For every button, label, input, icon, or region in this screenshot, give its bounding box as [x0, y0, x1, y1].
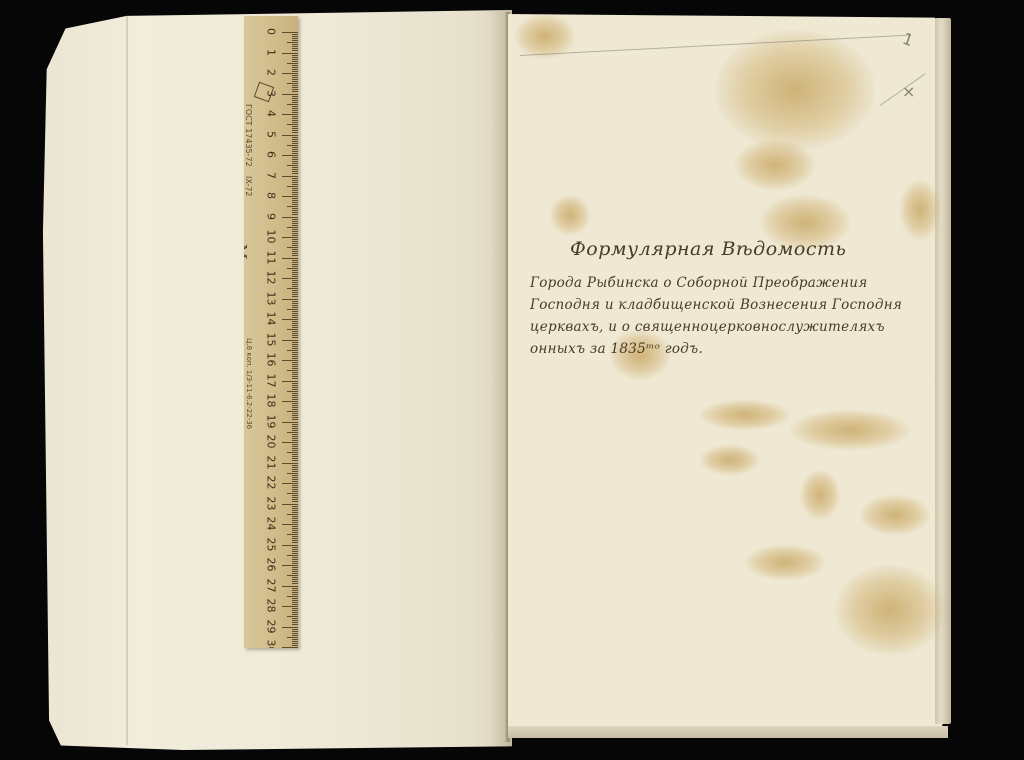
- ruler-tick: [292, 235, 298, 236]
- ruler-tick: [292, 126, 298, 127]
- ruler-tick: [282, 73, 298, 74]
- ruler-tick: [282, 237, 298, 238]
- ruler-tick: [292, 567, 298, 568]
- ruler-brand: Можга: [244, 244, 250, 304]
- ruler-number: 5: [265, 125, 278, 143]
- ruler-tick: [292, 598, 298, 599]
- ruler-tick: [292, 538, 298, 539]
- ruler-number: 11: [265, 248, 278, 266]
- ruler-tick: [282, 135, 298, 136]
- measuring-ruler: ГОСТ 17435-72 IX-72 Можга Ц.8 коп. 1/3-1…: [244, 16, 298, 648]
- ruler-number: 12: [265, 269, 278, 287]
- ruler-tick: [292, 641, 298, 642]
- ruler-tick: [292, 333, 298, 334]
- ruler-tick: [292, 512, 298, 513]
- ruler-tick: [292, 547, 298, 548]
- ruler-tick: [287, 247, 298, 248]
- ruler-tick: [292, 139, 298, 140]
- ruler-tick: [292, 331, 298, 332]
- ruler-ticks: [280, 16, 298, 648]
- ruler-tick: [292, 321, 298, 322]
- ruler-number: 2: [265, 64, 278, 82]
- ruler-number: 27: [265, 576, 278, 594]
- ruler-tick: [292, 602, 298, 603]
- ruler-tick: [292, 456, 298, 457]
- ruler-tick: [292, 65, 298, 66]
- text-line: Города Рыбинска о Соборной Преображения: [530, 272, 940, 294]
- ruler-tick: [292, 366, 298, 367]
- stain: [790, 410, 910, 450]
- ruler-tick: [292, 147, 298, 148]
- ruler-number: 21: [265, 453, 278, 471]
- ruler-tick: [282, 258, 298, 259]
- ruler-tick: [282, 32, 298, 33]
- text-line: онныхъ за 1835ᵐᵒ годъ.: [530, 338, 940, 360]
- ruler-tick: [292, 378, 298, 379]
- ruler-tick: [292, 249, 298, 250]
- stain: [860, 495, 930, 535]
- ruler-tick: [292, 481, 298, 482]
- ruler-tick: [292, 214, 298, 215]
- ruler-tick: [292, 188, 298, 189]
- manuscript-text: Формулярная Вѣдомость Города Рыбинска о …: [530, 238, 940, 360]
- ruler-tick: [287, 493, 298, 494]
- ruler-tick: [292, 497, 298, 498]
- ruler-tick: [292, 569, 298, 570]
- ruler-tick: [292, 167, 298, 168]
- ruler-tick: [292, 508, 298, 509]
- ruler-tick: [287, 165, 298, 166]
- ruler-number: 25: [265, 535, 278, 553]
- ruler-tick: [292, 368, 298, 369]
- ruler-tick: [287, 206, 298, 207]
- right-page-bottom-edge: [508, 726, 948, 738]
- ruler-tick: [292, 518, 298, 519]
- ruler-tick: [292, 583, 298, 584]
- ruler-tick: [292, 231, 298, 232]
- page-fold-line: [126, 15, 128, 745]
- ruler-tick: [292, 551, 298, 552]
- ruler-tick: [292, 171, 298, 172]
- ruler-tick: [292, 604, 298, 605]
- ruler-number: 20: [265, 433, 278, 451]
- ruler-number: 15: [265, 330, 278, 348]
- ruler-tick: [292, 419, 298, 420]
- ruler-tick: [292, 77, 298, 78]
- ruler-tick: [292, 479, 298, 480]
- ruler-tick: [292, 301, 298, 302]
- ruler-tick: [292, 526, 298, 527]
- ruler-tick: [292, 202, 298, 203]
- ruler-tick: [282, 647, 298, 648]
- ruler-tick: [292, 475, 298, 476]
- stain: [715, 30, 875, 150]
- ruler-tick: [282, 278, 298, 279]
- ruler-tick: [292, 549, 298, 550]
- ruler-tick: [292, 436, 298, 437]
- ruler-tick: [292, 559, 298, 560]
- ruler-tick: [292, 454, 298, 455]
- ruler-tick: [292, 635, 298, 636]
- ruler-tick: [292, 305, 298, 306]
- ruler-tick: [282, 483, 298, 484]
- ruler-tick: [292, 344, 298, 345]
- ruler-tick: [292, 352, 298, 353]
- ruler-tick: [292, 409, 298, 410]
- ruler-tick: [292, 624, 298, 625]
- ruler-tick: [292, 311, 298, 312]
- ruler-tick: [292, 424, 298, 425]
- ruler-tick: [282, 53, 298, 54]
- ruler-tick: [292, 376, 298, 377]
- ruler-number: 17: [265, 371, 278, 389]
- ruler-tick: [292, 467, 298, 468]
- ruler-tick: [292, 79, 298, 80]
- ruler-tick: [292, 571, 298, 572]
- ruler-tick: [292, 286, 298, 287]
- ruler-tick: [287, 63, 298, 64]
- ruler-tick: [292, 264, 298, 265]
- ruler-tick: [292, 540, 298, 541]
- ruler-tick: [292, 225, 298, 226]
- ruler-tick: [292, 356, 298, 357]
- ruler-number: 9: [265, 207, 278, 225]
- stain: [700, 445, 760, 475]
- ruler-tick: [292, 182, 298, 183]
- ruler-tick: [292, 487, 298, 488]
- ruler-tick: [292, 510, 298, 511]
- ruler-number: 7: [265, 166, 278, 184]
- ruler-tick: [292, 245, 298, 246]
- ruler-tick: [287, 432, 298, 433]
- ruler-tick: [292, 102, 298, 103]
- ruler-tick: [292, 594, 298, 595]
- ruler-tick: [292, 403, 298, 404]
- ruler-tick: [292, 495, 298, 496]
- ruler-tick: [287, 124, 298, 125]
- ruler-tick: [292, 272, 298, 273]
- ruler-tick: [292, 387, 298, 388]
- ruler-tick: [287, 575, 298, 576]
- stain: [800, 470, 840, 520]
- ruler-tick: [292, 270, 298, 271]
- ruler-tick: [287, 596, 298, 597]
- ruler-number: 8: [265, 187, 278, 205]
- ruler-tick: [292, 588, 298, 589]
- ruler-tick: [292, 198, 298, 199]
- ruler-number: 29: [265, 617, 278, 635]
- ruler-tick: [292, 296, 298, 297]
- stain: [550, 195, 590, 235]
- ruler-tick: [292, 346, 298, 347]
- ruler-number: 10: [265, 228, 278, 246]
- ruler-tick: [292, 280, 298, 281]
- ruler-tick: [282, 360, 298, 361]
- ruler-tick: [292, 561, 298, 562]
- ruler-tick: [292, 91, 298, 92]
- ruler-tick: [292, 639, 298, 640]
- ruler-tick: [292, 405, 298, 406]
- ruler-tick: [292, 354, 298, 355]
- ruler-tick: [282, 340, 298, 341]
- ruler-tick: [282, 299, 298, 300]
- ruler-tick: [292, 81, 298, 82]
- ruler-tick: [282, 627, 298, 628]
- ruler-tick: [292, 151, 298, 152]
- ruler-tick: [287, 329, 298, 330]
- ruler-tick: [292, 276, 298, 277]
- ruler-tick: [292, 241, 298, 242]
- ruler-tick: [287, 534, 298, 535]
- ruler-tick: [292, 50, 298, 51]
- ruler-tick: [292, 532, 298, 533]
- text-line: Господня и кладбищенской Вознесения Госп…: [530, 294, 940, 316]
- ruler-tick: [292, 522, 298, 523]
- ruler-tick: [292, 149, 298, 150]
- ruler-tick: [292, 622, 298, 623]
- ruler-tick: [292, 303, 298, 304]
- ruler-tick: [282, 545, 298, 546]
- ruler-tick: [292, 471, 298, 472]
- ruler-tick: [287, 145, 298, 146]
- ruler-tick: [292, 577, 298, 578]
- ruler-tick: [287, 391, 298, 392]
- ruler-tick: [292, 141, 298, 142]
- ruler-tick: [282, 422, 298, 423]
- ruler-tick: [292, 163, 298, 164]
- ruler-tick: [292, 169, 298, 170]
- ruler-tick: [292, 48, 298, 49]
- ruler-tick: [292, 499, 298, 500]
- ruler-tick: [292, 85, 298, 86]
- ruler-tick: [287, 288, 298, 289]
- ruler-tick: [292, 67, 298, 68]
- ruler-tick: [292, 364, 298, 365]
- ruler-tick: [292, 253, 298, 254]
- ruler-tick: [292, 362, 298, 363]
- ruler-tick: [292, 223, 298, 224]
- ruler-tick: [287, 637, 298, 638]
- ruler-tick: [287, 452, 298, 453]
- ruler-tick: [292, 69, 298, 70]
- document-title: Формулярная Вѣдомость: [570, 238, 940, 260]
- ruler-tick: [282, 463, 298, 464]
- ruler-tick: [292, 315, 298, 316]
- ruler-tick: [292, 372, 298, 373]
- ruler-tick: [292, 294, 298, 295]
- ruler-tick: [292, 266, 298, 267]
- ruler-tick: [292, 178, 298, 179]
- ruler-tick: [282, 524, 298, 525]
- ruler-tick: [292, 629, 298, 630]
- ruler-tick: [292, 426, 298, 427]
- ruler-tick: [292, 389, 298, 390]
- ruler-tick: [292, 337, 298, 338]
- ruler-tick: [292, 173, 298, 174]
- ruler-tick: [292, 477, 298, 478]
- ruler-tick: [292, 393, 298, 394]
- ruler-tick: [292, 317, 298, 318]
- ruler-tick: [292, 438, 298, 439]
- ruler-tick: [292, 579, 298, 580]
- ruler-tick: [282, 319, 298, 320]
- ruler-tick: [292, 440, 298, 441]
- ruler-tick: [282, 114, 298, 115]
- ruler-tick: [292, 255, 298, 256]
- ruler-tick: [282, 217, 298, 218]
- ruler-tick: [292, 501, 298, 502]
- ruler-tick: [292, 506, 298, 507]
- ruler-tick: [292, 116, 298, 117]
- ruler-tick: [292, 128, 298, 129]
- ruler-tick: [292, 110, 298, 111]
- ruler-tick: [292, 407, 298, 408]
- ruler-tick: [292, 282, 298, 283]
- ruler-tick: [292, 307, 298, 308]
- ruler-tick: [287, 83, 298, 84]
- ruler-tick: [292, 46, 298, 47]
- ruler-number: 3: [265, 84, 278, 102]
- ruler-tick: [292, 36, 298, 37]
- ruler-tick: [292, 313, 298, 314]
- ruler-tick: [292, 610, 298, 611]
- ruler-tick: [282, 196, 298, 197]
- ruler-tick: [292, 612, 298, 613]
- ruler-tick: [292, 143, 298, 144]
- ruler-tick: [292, 251, 298, 252]
- ruler-tick: [292, 444, 298, 445]
- ruler-tick: [282, 586, 298, 587]
- ruler-tick: [292, 239, 298, 240]
- ruler-number: 6: [265, 146, 278, 164]
- ruler-tick: [287, 350, 298, 351]
- ruler-tick: [292, 395, 298, 396]
- ruler-tick: [292, 592, 298, 593]
- ruler-tick: [292, 485, 298, 486]
- stain: [735, 140, 815, 190]
- ruler-tick: [292, 553, 298, 554]
- ruler-tick: [287, 555, 298, 556]
- ruler-number: 4: [265, 105, 278, 123]
- ruler-tick: [292, 55, 298, 56]
- ruler-tick: [292, 204, 298, 205]
- ruler-tick: [292, 212, 298, 213]
- ruler-tick: [292, 118, 298, 119]
- ruler-tick: [292, 530, 298, 531]
- ruler-tick: [292, 192, 298, 193]
- ruler-tick: [292, 581, 298, 582]
- ruler-tick: [292, 100, 298, 101]
- ruler-tick: [292, 108, 298, 109]
- ruler-tick: [287, 411, 298, 412]
- ruler-tick: [292, 618, 298, 619]
- ruler-standard: ГОСТ 17435-72: [244, 104, 253, 167]
- ruler-tick: [292, 262, 298, 263]
- ruler-tick: [292, 383, 298, 384]
- ruler-tick: [287, 309, 298, 310]
- ruler-tick: [292, 87, 298, 88]
- ruler-tick: [292, 137, 298, 138]
- ruler-tick: [292, 260, 298, 261]
- ruler-tick: [292, 633, 298, 634]
- ruler-tick: [287, 186, 298, 187]
- stain: [900, 180, 940, 240]
- ruler-tick: [292, 608, 298, 609]
- ruler-tick: [292, 446, 298, 447]
- ruler-tick: [292, 194, 298, 195]
- ruler-tick: [292, 563, 298, 564]
- ruler-tick: [287, 268, 298, 269]
- ruler-tick: [292, 96, 298, 97]
- text-line: церквахъ, и о священноцерковнослужителях…: [530, 316, 940, 338]
- ruler-tick: [292, 469, 298, 470]
- ruler-tick: [292, 458, 298, 459]
- ruler-tick: [292, 38, 298, 39]
- ruler-tick: [292, 122, 298, 123]
- ruler-tick: [292, 385, 298, 386]
- ruler-number: 16: [265, 351, 278, 369]
- ruler-tick: [282, 401, 298, 402]
- ruler-tick: [292, 274, 298, 275]
- ruler-tick: [287, 227, 298, 228]
- ruler-tick: [282, 565, 298, 566]
- ruler-tick: [292, 415, 298, 416]
- ruler-tick: [292, 520, 298, 521]
- ruler-tick: [292, 190, 298, 191]
- ruler-tick: [292, 71, 298, 72]
- ruler-tick: [292, 516, 298, 517]
- ruler-number: 30: [265, 638, 278, 649]
- ruler-tick: [282, 606, 298, 607]
- ruler-tick: [287, 514, 298, 515]
- ruler-tick: [292, 120, 298, 121]
- ruler-tick: [292, 57, 298, 58]
- ruler-number: 22: [265, 474, 278, 492]
- ruler-tick: [292, 528, 298, 529]
- ruler-tick: [292, 460, 298, 461]
- ruler-tick: [292, 645, 298, 646]
- ruler-tick: [292, 643, 298, 644]
- ruler-tick: [292, 323, 298, 324]
- ruler-tick: [292, 631, 298, 632]
- ruler-tick: [287, 104, 298, 105]
- ruler-tick: [292, 327, 298, 328]
- ruler-tick: [292, 374, 298, 375]
- ruler-tick: [282, 155, 298, 156]
- ruler-tick: [292, 130, 298, 131]
- ruler-tick: [292, 180, 298, 181]
- ruler-tick: [292, 159, 298, 160]
- ruler-number: 14: [265, 310, 278, 328]
- ruler-number: 13: [265, 289, 278, 307]
- ruler-tick: [292, 325, 298, 326]
- ruler-tick: [292, 157, 298, 158]
- ruler-tick: [292, 243, 298, 244]
- ruler-tick: [292, 348, 298, 349]
- ruler-tick: [292, 335, 298, 336]
- ruler-number: 28: [265, 597, 278, 615]
- ruler-tick: [292, 428, 298, 429]
- ruler-tick: [292, 153, 298, 154]
- ruler-tick: [292, 34, 298, 35]
- ruler-tick: [287, 473, 298, 474]
- ruler-tick: [292, 491, 298, 492]
- ruler-tick: [292, 208, 298, 209]
- ruler-tick: [282, 94, 298, 95]
- ruler-number: 1: [265, 43, 278, 61]
- ruler-number: 26: [265, 556, 278, 574]
- ruler-tick: [292, 448, 298, 449]
